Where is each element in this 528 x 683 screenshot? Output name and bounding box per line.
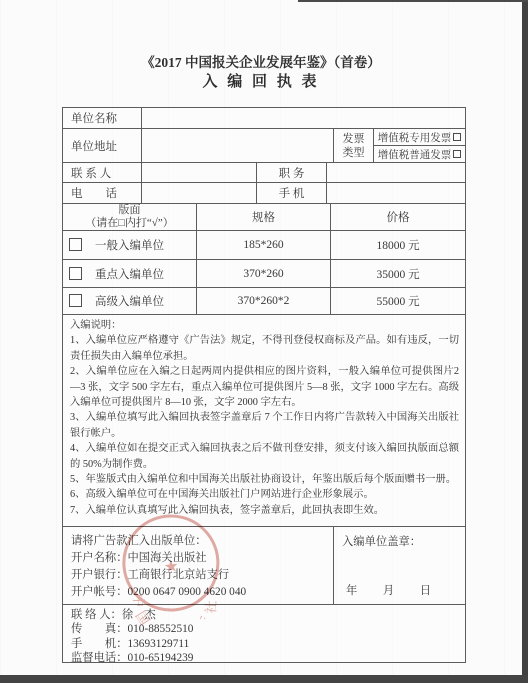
contact-person-field[interactable] [141, 163, 256, 182]
date-line[interactable]: 年 月 日 [342, 582, 459, 598]
account-name-line: 开户名称：中国海关出版社 [71, 550, 327, 567]
contact-person-row: 联 系 人 职 务 [63, 162, 465, 182]
supervision-phone-label: 监督电话： [71, 652, 128, 664]
plan-row-senior: 高级入编单位 370*260*2 55000 元 [63, 287, 465, 314]
liaison-label: 联 络 人： [71, 609, 122, 621]
note-item-5: 5、年鉴版式由入编单位和中国海关出版社协商设计，年鉴出版后每个版面赠书一册。 [70, 472, 459, 487]
plan-row-key: 重点入编单位 370*260 35000 元 [63, 259, 465, 287]
plan-senior-checkbox-icon[interactable] [69, 294, 82, 307]
plan-general-spec: 185*260 [196, 231, 330, 259]
yearbook-title: 《2017 中国报关企业发展年鉴》（首卷） [0, 51, 522, 71]
contact-row-liaison: 联 络 人：徐 杰 [71, 608, 459, 622]
seal-cell-label: 入编单位盖章： [342, 533, 459, 549]
plan-section: 版面 （请在□内打“√”） 规格 价格 一般入编单位 185*260 18000… [63, 203, 465, 314]
note-item-3: 3、入编单位填写此入编回执表签字盖章后 7 个工作日内将广告款转入中国海关出版社… [70, 410, 459, 441]
form-title: 入 编 回 执 表 [0, 70, 522, 91]
note-item-4: 4、入编单位如在提交正式入编回执表之后不做刊登安排，须支付该入编回执版面总额的 … [70, 441, 459, 472]
seal-cell: 入编单位盖章： 年 月 日 [333, 527, 465, 604]
plan-header-row: 版面 （请在□内打“√”） 规格 价格 [63, 204, 465, 230]
payment-info-cell: 请将广告款汇入出版单位： 开户名称：中国海关出版社 开户银行：工商银行北京站支行… [63, 527, 333, 604]
scanned-form-page: 《2017 中国报关企业发展年鉴》（首卷） 入 编 回 执 表 单位名称 单位地… [0, 0, 528, 683]
unit-address-label: 单位地址 [63, 129, 141, 162]
note-item-1: 1、入编单位应严格遵守《广告法》规定，不得刊登侵权商标及产品。如有违反，一切责任… [70, 333, 459, 364]
plan-header-price: 价格 [330, 204, 465, 230]
fax-label: 传 真： [71, 623, 128, 635]
contact-row-fax: 传 真：010-88552510 [71, 622, 459, 636]
plan-key-label: 重点入编单位 [95, 266, 164, 282]
plan-header-col1: 版面 （请在□内打“√”） [63, 204, 196, 230]
phone-field[interactable] [141, 183, 256, 203]
invoice-general-checkbox-icon[interactable] [453, 150, 461, 158]
scan-edge-top [298, 0, 528, 2]
account-no-value: 0200 0647 0900 4620 040 [128, 586, 247, 598]
contact-mobile-label: 手 机： [71, 638, 128, 650]
plan-header-tick-hint: （请在□内打“√”） [85, 217, 173, 230]
plan-row-key-name-cell: 重点入编单位 [63, 260, 196, 287]
plan-senior-price: 55000 元 [330, 288, 465, 314]
plan-row-general-name-cell: 一般入编单位 [63, 231, 196, 259]
phone-label: 电 话 [63, 183, 141, 203]
contact-person-label: 联 系 人 [63, 163, 141, 182]
bank-label: 开户银行： [71, 569, 128, 581]
contact-row-mobile: 手 机：13693129711 [71, 637, 459, 651]
phone-row: 电 话 手 机 [63, 182, 465, 203]
reply-form-table: 单位名称 单位地址 发票 类型 增值税专用发票 增值税普通发票 [62, 107, 466, 663]
unit-name-row: 单位名称 [63, 108, 465, 128]
fax-value: 010-88552510 [128, 623, 194, 635]
scan-edge-bottom [0, 675, 528, 683]
account-name-label: 开户名称： [71, 552, 128, 564]
plan-general-checkbox-icon[interactable] [69, 238, 82, 251]
scan-edge-right [522, 0, 528, 683]
notes-heading: 入编说明： [70, 318, 459, 333]
note-item-6: 6、高级入编单位可在中国海关出版社门户网站进行企业形象展示。 [70, 487, 459, 502]
invoice-option-general-label: 增值税普通发票 [378, 147, 452, 162]
note-item-7: 7、入编单位认真填写此入编回执表，签字盖章后，此回执表即生效。 [70, 503, 459, 518]
contact-row-supervision: 监督电话：010-65194239 [71, 651, 459, 665]
plan-general-price: 18000 元 [330, 231, 465, 259]
plan-senior-spec: 370*260*2 [196, 288, 330, 314]
note-item-2: 2、入编单位应在入编之日起两周内提供相应的图片资料，一般入编单位可提供图片2—3… [70, 364, 459, 410]
mobile-label: 手 机 [256, 183, 326, 203]
bank-value: 工商银行北京站支行 [128, 569, 230, 581]
payment-section: 请将广告款汇入出版单位： 开户名称：中国海关出版社 开户银行：工商银行北京站支行… [63, 526, 465, 604]
invoice-type-label-line1: 发票 [343, 132, 365, 146]
plan-header-spec: 规格 [196, 204, 330, 230]
plan-row-senior-name-cell: 高级入编单位 [63, 288, 196, 314]
notes-section: 入编说明： 1、入编单位应严格遵守《广告法》规定，不得刊登侵权商标及产品。如有违… [63, 314, 465, 526]
contact-mobile-value: 13693129711 [128, 638, 190, 650]
invoice-type-label-line2: 类型 [343, 146, 365, 160]
unit-address-field[interactable] [141, 129, 333, 162]
bank-line: 开户银行：工商银行北京站支行 [71, 567, 327, 584]
supervision-phone-value: 010-65194239 [128, 652, 194, 664]
liaison-value: 徐 杰 [122, 609, 156, 621]
invoice-type-label: 发票 类型 [333, 129, 373, 162]
plan-row-general: 一般入编单位 185*260 18000 元 [63, 230, 465, 259]
invoice-options: 增值税专用发票 增值税普通发票 [373, 129, 465, 162]
payment-heading: 请将广告款汇入出版单位： [71, 533, 327, 550]
contacts-section: 联 络 人：徐 杰 传 真：010-88552510 手 机：136931297… [63, 604, 465, 665]
invoice-option-general: 增值税普通发票 [374, 145, 465, 162]
job-title-field[interactable] [326, 163, 465, 182]
account-no-label: 开户帐号： [71, 586, 128, 598]
invoice-special-checkbox-icon[interactable] [453, 133, 461, 141]
plan-general-label: 一般入编单位 [95, 237, 164, 253]
plan-key-spec: 370*260 [196, 260, 330, 287]
plan-key-checkbox-icon[interactable] [69, 267, 82, 280]
unit-name-label: 单位名称 [63, 108, 141, 128]
unit-address-row: 单位地址 发票 类型 增值税专用发票 增值税普通发票 [63, 128, 465, 162]
invoice-option-special: 增值税专用发票 [374, 129, 465, 145]
job-title-label: 职 务 [256, 163, 326, 182]
unit-name-field[interactable] [141, 108, 465, 128]
account-name-value: 中国海关出版社 [128, 552, 207, 564]
plan-senior-label: 高级入编单位 [95, 293, 164, 309]
unit-info-section: 单位名称 单位地址 发票 类型 增值税专用发票 增值税普通发票 [63, 108, 465, 203]
mobile-field[interactable] [326, 183, 465, 203]
invoice-option-special-label: 增值税专用发票 [378, 130, 452, 145]
account-no-line: 开户帐号：0200 0647 0900 4620 040 [71, 584, 327, 601]
plan-key-price: 35000 元 [330, 260, 465, 287]
plan-header-banmian: 版面 [119, 204, 141, 217]
